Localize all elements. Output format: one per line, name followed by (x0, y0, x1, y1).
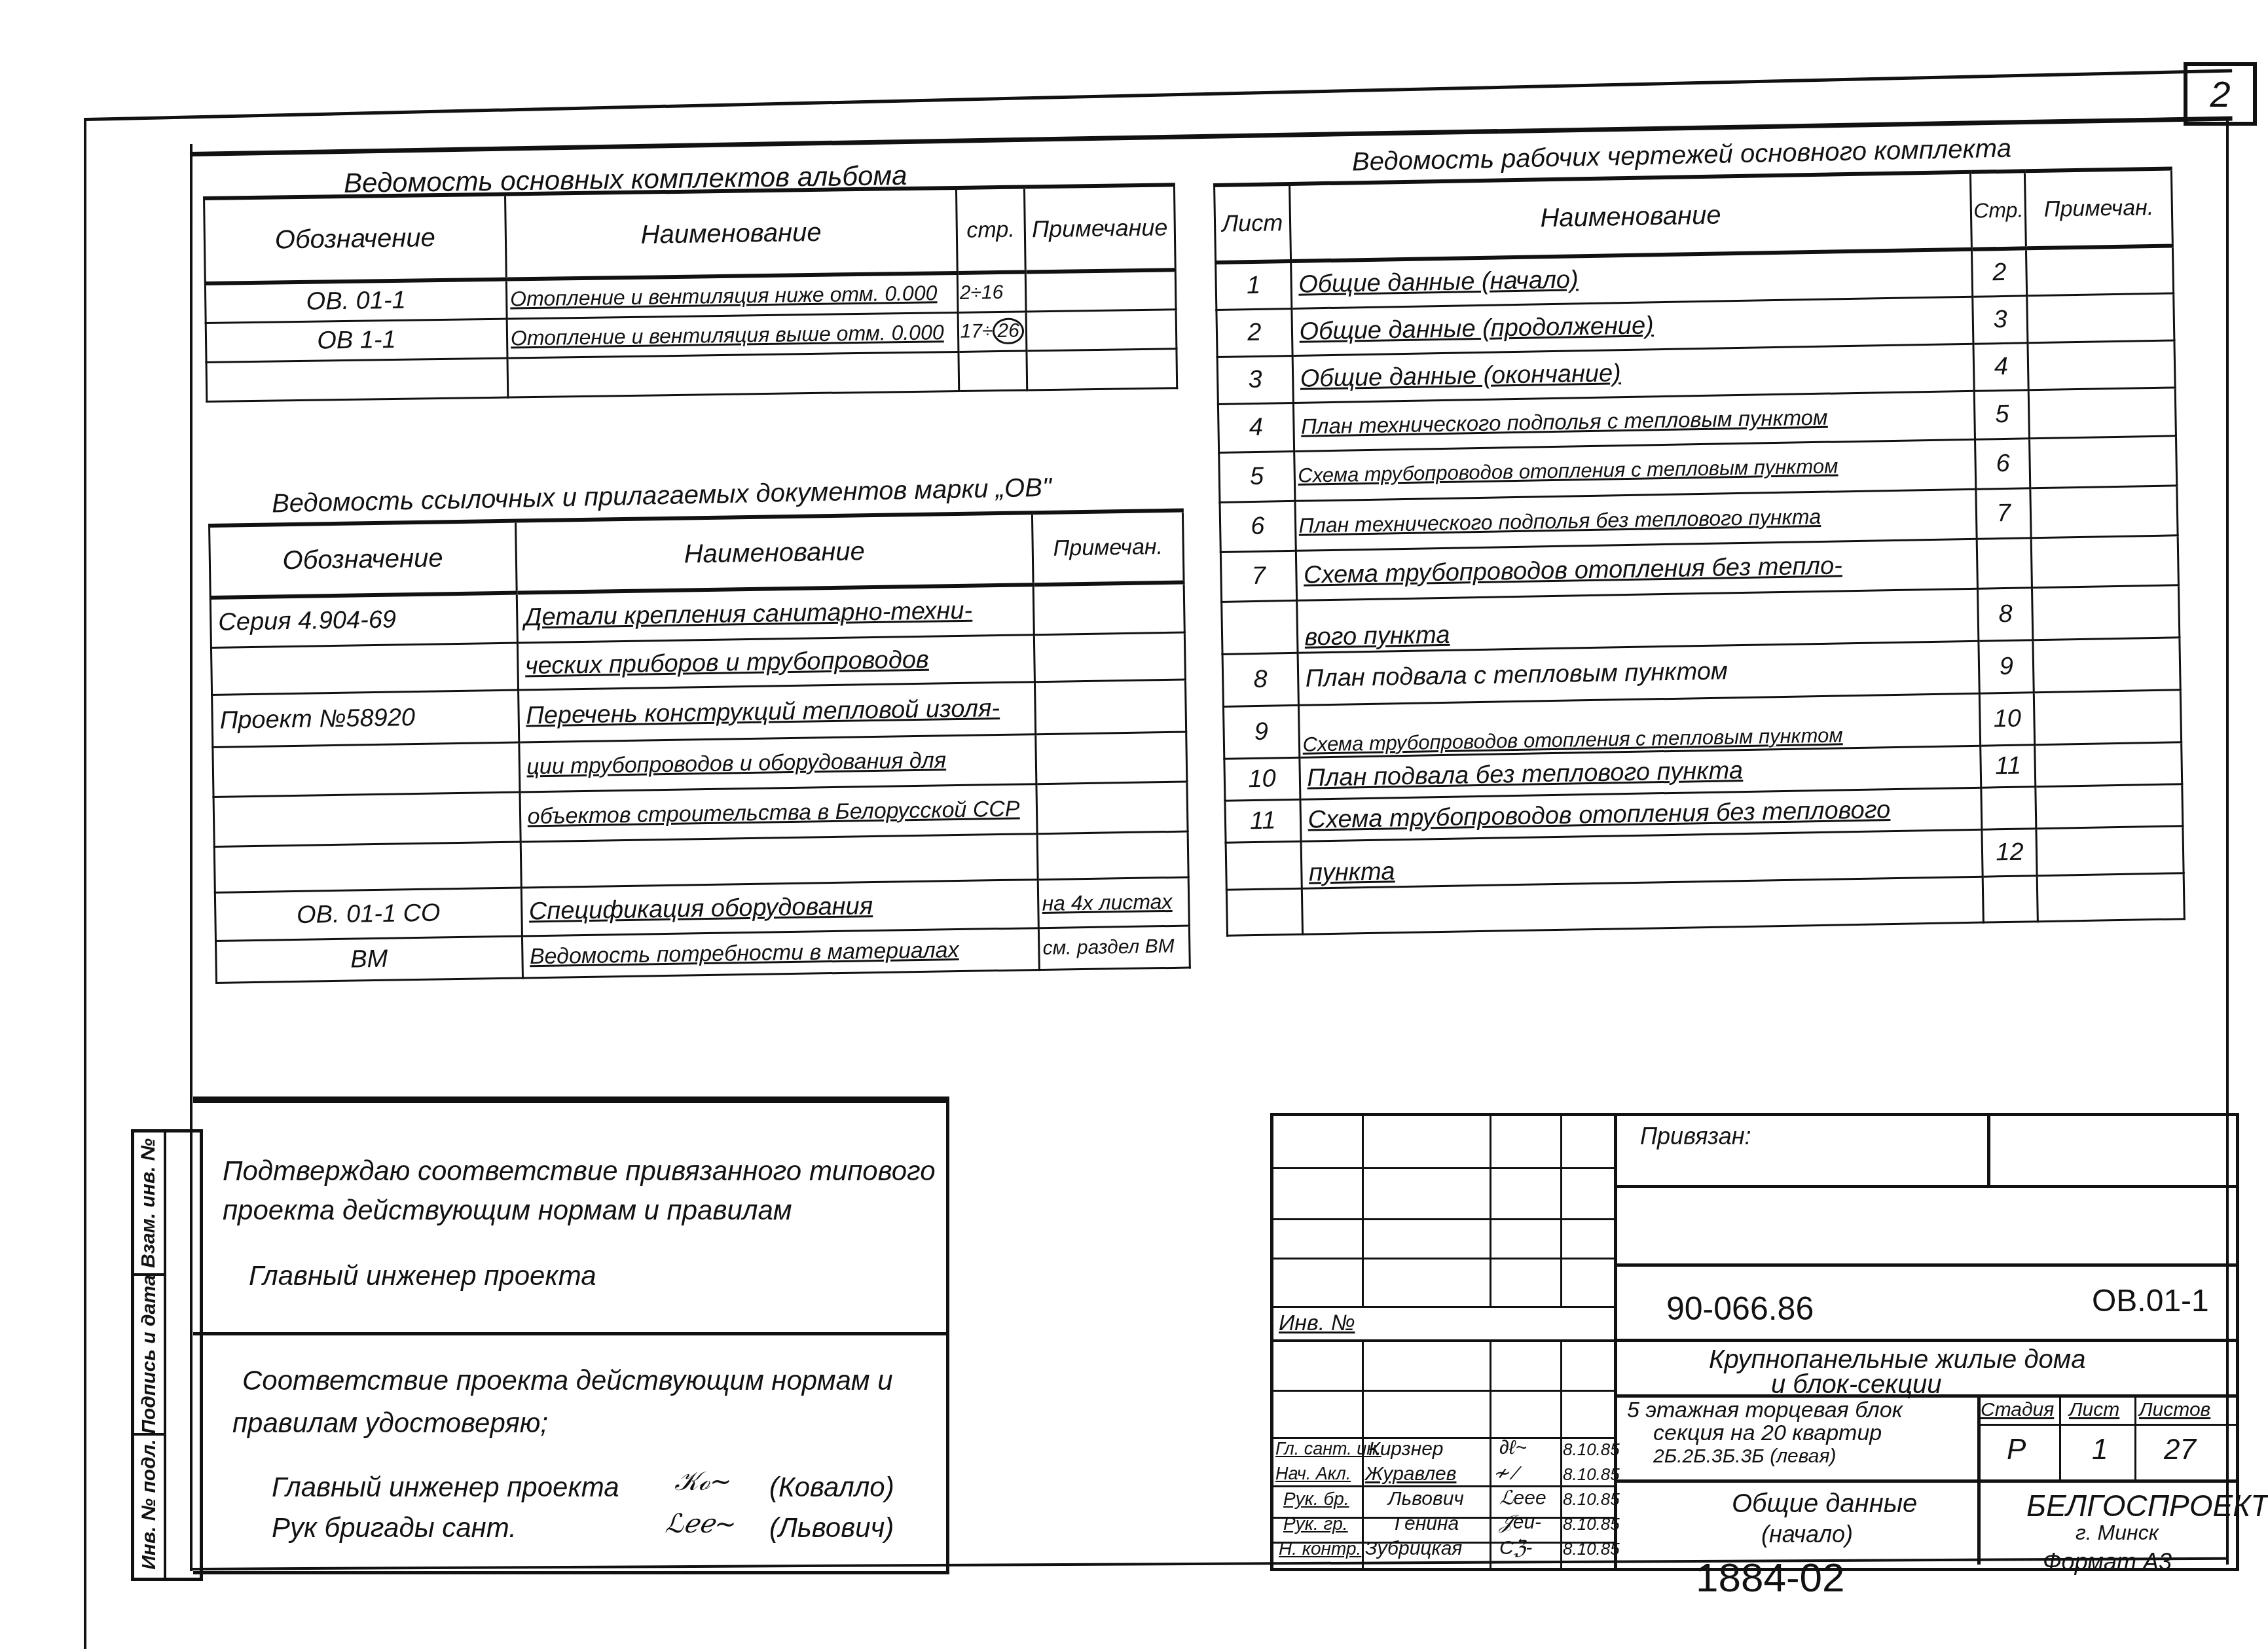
tb-line (1614, 1339, 2236, 1342)
cell-note (2026, 245, 2174, 295)
cell-page: 7 (1976, 488, 2031, 538)
cell-note (1037, 831, 1188, 880)
inv-label: Инв. № (1279, 1311, 1355, 1336)
project-code: 90-066.86 (1666, 1290, 1814, 1328)
cell-sheet: 7 (1220, 551, 1296, 602)
cell-note (2030, 485, 2178, 537)
sheet-title-2: (начало) (1761, 1521, 1853, 1548)
album-sets-table: Обозначение Наименование стр. Примечание… (203, 183, 1178, 402)
cell-name: ции трубопроводов и оборудования для (519, 734, 1036, 791)
cell-sheet: 4 (1218, 403, 1294, 452)
col-header-note: Примечан. (1033, 511, 1184, 585)
cell-sheet: 2 (1216, 308, 1292, 357)
side-label-replace-inv: Взам. инв. № (138, 1138, 160, 1267)
col-header-name: Наименование (515, 513, 1033, 592)
cell-pages: 17÷26 (958, 311, 1027, 351)
col-header-note: Примечан. (2025, 168, 2173, 248)
cell-page (1981, 786, 2036, 829)
approval-name-brigade-head: (Львович) (769, 1512, 894, 1544)
cell-sheet: 1 (1216, 261, 1292, 310)
cell-page: 2 (1972, 248, 2027, 296)
sig-date: 8.10.85 (1563, 1489, 1620, 1510)
cell-code (211, 643, 518, 695)
cell-name: Ведомость потребности в материалах (522, 928, 1040, 977)
cell-name: Спецификация оборудования (521, 879, 1039, 935)
cell-name (507, 352, 959, 397)
sheet-header: Лист (2069, 1399, 2119, 1421)
cell-note: на 4х листах (1038, 877, 1189, 928)
sig-name: Зубрицкая (1365, 1538, 1462, 1560)
cell-code (206, 358, 508, 401)
approval-divider (193, 1332, 946, 1335)
sig-date: 8.10.85 (1563, 1440, 1620, 1460)
cell-code (213, 792, 521, 846)
side-cell-signature-date: Подпись и дата (134, 1276, 164, 1436)
bound-divider (1987, 1116, 1990, 1185)
pages-circled: 26 (993, 318, 1024, 345)
cell-sheet: 11 (1225, 799, 1301, 843)
approval-text-2b: правилам удостоверяю; (232, 1407, 548, 1439)
cell-name: Отопление и вентиляция ниже отм. 0.000 (506, 273, 958, 319)
cell-note (1034, 632, 1186, 682)
grid-row-line (1273, 1258, 1614, 1259)
cell-page (1983, 875, 2038, 922)
tb-line (1614, 1185, 2236, 1188)
cell-name: Отопление и вентиляция выше отм. 0.000 (507, 312, 959, 358)
stage-value: Р (2007, 1434, 2026, 1466)
cell-note (2029, 387, 2176, 438)
cell-note (2033, 637, 2180, 692)
working-drawings-table: Лист Наименование Стр. Примечан. 1 Общие… (1213, 166, 2186, 936)
cell-note (1026, 309, 1177, 350)
cell-sheet: 8 (1222, 653, 1298, 706)
sheet-title-1: Общие данные (1732, 1489, 1917, 1519)
signature-icon: ℒeee (1499, 1487, 1546, 1510)
tb-line (1977, 1424, 2236, 1426)
title-block: Инв. № Гл. сант. ин. Кирзнер ∂ℓ~ 8.10.85… (1270, 1113, 2239, 1571)
signature-icon: ℒℯℯ~ (665, 1509, 737, 1539)
cell-sheet: 3 (1217, 355, 1293, 404)
approval-signer-1: Главный инженер проекта (249, 1260, 596, 1292)
side-cell-original-inv: Инв. № подл. (134, 1436, 164, 1573)
object-desc-1: 5 этажная торцевая блок (1627, 1398, 1903, 1423)
col-header-note: Примечание (1024, 185, 1175, 272)
sig-date: 8.10.85 (1563, 1514, 1620, 1534)
cell-page: 8 (1978, 587, 2033, 640)
object-desc-2: секция на 20 квартир (1653, 1421, 1882, 1446)
cell-page: 12 (1982, 828, 2037, 876)
signature-row: Н. контр. Зубрицкая Cℨ- 8.10.85 (1273, 1536, 1614, 1561)
inv-label-cell: Инв. № (1273, 1308, 1614, 1342)
signature-grid: Инв. № Гл. сант. ин. Кирзнер ∂ℓ~ 8.10.85… (1273, 1116, 1617, 1568)
cell-sheet (1226, 888, 1302, 935)
sheet-value: 1 (2092, 1434, 2108, 1466)
cell-page: 9 (1979, 640, 2034, 693)
cell-pages (959, 350, 1027, 390)
cell-note (2032, 585, 2180, 640)
col-header-sheet: Лист (1215, 184, 1291, 263)
signature-icon: 𝒦ℴ~ (674, 1466, 732, 1496)
cell-page: 10 (1980, 692, 2035, 745)
cell-page: 4 (1973, 342, 2028, 390)
col-header-code: Обозначение (210, 521, 517, 598)
cell-code: ОВ. 01-1 (205, 280, 507, 323)
cell-code: Проект №58920 (212, 690, 519, 747)
sig-role: Рук. бр. (1283, 1489, 1349, 1510)
col-header-code: Обозначение (204, 194, 507, 283)
organization-name: БЕЛГОСПРОЕКТ (2026, 1488, 2268, 1523)
cell-pages: 2÷16 (957, 272, 1026, 312)
cell-note (2028, 340, 2175, 390)
cell-code (213, 742, 520, 797)
cell-name: Перечень конструкций тепловой изоля- (518, 681, 1036, 742)
grid-row-line (1273, 1167, 1614, 1169)
frame-left-outer (84, 118, 86, 1649)
cell-sheet: 6 (1220, 501, 1296, 552)
cell-note (2027, 293, 2174, 342)
cell-name (521, 833, 1038, 887)
cell-note (1036, 732, 1187, 784)
cell-code: Серия 4.904-69 (210, 593, 517, 647)
signature-icon: ∂ℓ~ (1499, 1437, 1527, 1459)
cell-name: Детали крепления санитарно-техни- (517, 585, 1034, 642)
cell-page: 6 (1975, 438, 2030, 488)
cell-note (1035, 680, 1186, 734)
approval-top-border (193, 1100, 946, 1103)
side-strip: Взам. инв. № Подпись и дата Инв. № подл. (131, 1129, 203, 1581)
stage-header: Стадия (1981, 1399, 2054, 1421)
cell-note (2034, 689, 2182, 744)
sig-role: Н. контр. (1279, 1538, 1361, 1559)
cell-note (2035, 742, 2182, 786)
cell-page (1977, 537, 2032, 588)
tb-line (1614, 1263, 2236, 1267)
document-code: ОВ.01-1 (2092, 1283, 2209, 1319)
organization-city: г. Минск (2076, 1521, 2159, 1545)
cell-page: 3 (1973, 295, 2028, 343)
side-label-signature-date: Подпись и дата (138, 1275, 160, 1434)
cell-page: 5 (1975, 390, 2030, 439)
cell-note (1027, 348, 1177, 390)
cell-note: см. раздел ВМ (1039, 926, 1190, 970)
sig-date: 8.10.85 (1563, 1539, 1620, 1559)
cell-code: ВМ (216, 936, 522, 983)
cell-name: объектов строительства в Белорусской ССР (520, 784, 1038, 841)
sheet-divider (2059, 1394, 2061, 1479)
col-header-name: Наименование (505, 188, 957, 280)
cell-code (214, 842, 521, 892)
cell-note (1036, 782, 1188, 834)
signature-icon: ≁ ⁄ (1493, 1462, 1518, 1485)
reference-docs-table: Обозначение Наименование Примечан. Серия… (208, 509, 1191, 984)
cell-sheet: 10 (1224, 757, 1300, 801)
sig-date: 8.10.85 (1563, 1464, 1620, 1485)
sig-name: Кирзнер (1368, 1438, 1444, 1460)
signature-row: Гл. сант. ин. Кирзнер ∂ℓ~ 8.10.85 (1273, 1437, 1614, 1462)
approval-text-1b: проекта действующим нормам и правилам (223, 1195, 792, 1226)
cell-sheet (1226, 841, 1302, 890)
tb-line (1614, 1479, 2236, 1483)
approval-text-2a: Соответствие проекта действующим нормам … (242, 1365, 893, 1396)
approval-name-chief-engineer: (Ковалло) (769, 1472, 894, 1503)
col-header-page: Стр. (1971, 171, 2026, 249)
cell-note (2038, 873, 2185, 921)
signature-icon: 𝒥eu- (1499, 1512, 1541, 1534)
cell-note (1025, 270, 1176, 311)
sheets-value: 27 (2164, 1434, 2196, 1466)
cell-note (2032, 535, 2179, 587)
top-border-line (85, 69, 2232, 121)
col-header-pages: стр. (956, 187, 1025, 272)
cell-code: ОВ. 01-1 СО (215, 888, 522, 941)
cell-sheet (1222, 600, 1298, 654)
object-desc-3: 2Б.2Б.3Б.3Б (левая) (1653, 1445, 1836, 1468)
cell-note (2036, 825, 2184, 875)
bound-label: Привязан: (1640, 1123, 1751, 1150)
grid-row-line (1273, 1390, 1614, 1392)
sig-role: Гл. сант. ин. (1275, 1439, 1381, 1459)
sheets-header: Листов (2139, 1399, 2210, 1421)
cell-note (1033, 583, 1184, 635)
approval-text-1a: Подтверждаю соответствие привязанного ти… (223, 1155, 936, 1187)
signature-icon: Cℨ- (1499, 1536, 1532, 1559)
sig-role: Рук. гр. (1283, 1513, 1348, 1534)
cell-sheet: 9 (1223, 705, 1299, 759)
signature-row: Рук. бр. Львович ℒeee 8.10.85 (1273, 1487, 1614, 1512)
page-number: 2 (2210, 73, 2230, 115)
grid-row-line (1273, 1218, 1614, 1220)
sig-role: Нач. Акл. (1275, 1464, 1351, 1484)
cell-note (2030, 435, 2177, 488)
approval-role-chief-engineer: Главный инженер проекта (272, 1472, 619, 1503)
sig-name: Львович (1388, 1488, 1464, 1510)
archive-number: 1884-02 (1696, 1555, 1845, 1601)
cell-name: ческих приборов и трубопроводов (517, 634, 1035, 689)
approval-role-brigade-head: Рук бригады сант. (272, 1512, 517, 1544)
cell-sheet: 5 (1219, 451, 1295, 502)
sheets-divider (2134, 1394, 2136, 1479)
signature-row: Нач. Акл. Журавлев ≁ ⁄ 8.10.85 (1273, 1462, 1614, 1487)
col-header-name: Наименование (1289, 172, 1972, 261)
format-label: Формат А3 (2043, 1548, 2172, 1576)
signature-row: Рук. гр. Генина 𝒥eu- 8.10.85 (1273, 1512, 1614, 1536)
page-number-box: 2 (2184, 62, 2257, 126)
pages-range: 17÷ (960, 320, 993, 342)
sig-name: Журавлев (1365, 1463, 1456, 1485)
cell-note (2036, 784, 2183, 828)
approval-block: Подтверждаю соответствие привязанного ти… (193, 1096, 949, 1574)
sig-name: Генина (1395, 1513, 1459, 1535)
cell-page: 11 (1981, 744, 2036, 787)
side-label-original-inv: Инв. № подл. (138, 1439, 160, 1569)
cell-code: ОВ 1-1 (206, 319, 507, 362)
side-cell-replace-inv: Взам. инв. № (134, 1133, 164, 1276)
